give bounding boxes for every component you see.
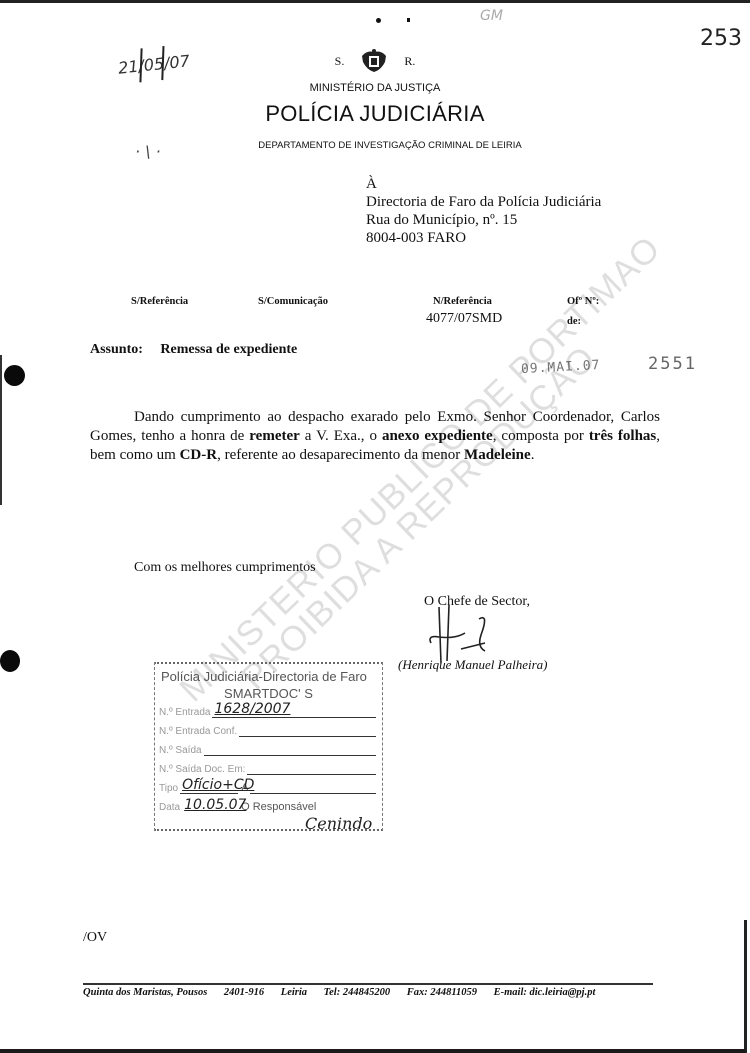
registry-saida-field [204,743,376,756]
recipient-line2: Rua do Município, nº. 15 [366,211,601,229]
punch-hole [0,650,20,672]
footer-email: E-mail: dic.leiria@pj.pt [494,987,596,998]
subject-line: Assunto: Remessa de expediente [90,342,297,358]
registry-data-row: Data 10.05.07 O Responsável [159,797,376,813]
body-paragraph: Dando cumprimento ao despacho exarado pe… [90,408,660,465]
registry-entrada-value: 1628/2007 [214,701,290,717]
typist-initials: /OV [83,930,107,946]
ministry-name: MINISTÉRIO DA JUSTIÇA [0,82,750,94]
footer-city: Leiria [281,987,307,998]
registry-entrada-conf-row: N.º Entrada Conf. [159,721,376,737]
registry-data-field: 10.05.07 [182,801,238,813]
recipient-address: À Directoria de Faro da Polícia Judiciár… [366,175,601,247]
registry-entrada-label: N.º Entrada [159,707,210,718]
crest-label-right: R. [404,54,415,69]
registry-data-label: Data [159,802,180,813]
registry-responsavel-label: O Responsável [241,801,316,813]
registry-entrada-conf-field [239,724,376,737]
scan-edge-left [0,355,2,505]
s-comunicacao-label: S/Comunicação [258,296,328,307]
n-referencia-value: 4077/07SMD [426,311,502,327]
registry-data-value: 10.05.07 [184,797,246,813]
subject-label: Assunto: [90,342,143,357]
registry-tipo-value: Ofício+CD [182,777,254,793]
body-bold-cdr: CD-R [180,447,218,463]
registry-a-field [250,781,376,794]
footer-phone: Tel: 244845200 [324,987,390,998]
registry-tipo-field: Ofício+CD [180,781,238,794]
registry-saida-doc-row: N.º Saída Doc. Em: [159,759,376,775]
signer-name: (Henrique Manuel Palheira) [398,657,547,673]
subject-value: Remessa de expediente [160,342,297,357]
registry-tipo-label: Tipo [159,783,178,794]
registry-saida-row: N.º Saída [159,740,376,756]
registry-saida-label: N.º Saída [159,745,202,756]
footer-postal-code: 2401-916 [224,987,264,998]
registry-stamp: Polícia Judiciária-Directoria de Faro SM… [154,662,383,831]
scan-speck [407,18,410,22]
received-stamp-number: 2551 [648,354,697,374]
registry-saida-doc-field [247,762,376,775]
s-referencia-label: S/Referência [131,296,188,307]
portuguese-coat-of-arms-icon [359,48,389,74]
punch-hole [4,365,25,386]
body-text-segment: a V. Exa., o [300,428,382,444]
footer-fax: Fax: 244811059 [407,987,477,998]
recipient-salutation: À [366,175,601,193]
department-name: DEPARTAMENTO DE INVESTIGAÇÃO CRIMINAL DE… [0,140,750,151]
registry-saida-doc-label: N.º Saída Doc. Em: [159,764,245,775]
registry-tipo-row: Tipo Ofício+CD A [159,778,376,794]
footer-contact: Quinta dos Maristas, Pousos 2401-916 Lei… [83,987,609,998]
watermark-line2: PROIBIDA A REPRODUÇÃO [234,338,604,698]
closing-greeting: Com os melhores cumprimentos [134,560,316,576]
body-bold-remeter: remeter [249,428,300,444]
scan-edge-bottom [0,1049,745,1053]
watermark-line1: MINISTERIO PUBLICO DE PORTIMAO [172,229,669,710]
letterhead-crest-row: S. R. [0,48,750,74]
crest-label-left: S. [335,54,345,69]
registry-entrada-row: N.º Entrada 1628/2007 [159,702,376,718]
footer-divider [83,983,653,985]
organization-name: POLÍCIA JUDICIÁRIA [0,101,750,127]
scan-speck [376,18,381,23]
scan-edge-top [0,0,750,3]
registry-stamp-subtitle: SMARTDOC' S [155,686,382,701]
handwritten-faint-note: GM [480,8,503,24]
registry-entrada-conf-label: N.º Entrada Conf. [159,726,237,737]
handwritten-signature [425,605,505,665]
scan-edge-right [744,920,747,1053]
body-bold-folhas: três folhas [589,428,656,444]
n-referencia-label: N/Referência [433,296,492,307]
body-text-segment: . [531,447,535,463]
registry-entrada-field: 1628/2007 [212,705,376,718]
recipient-line3: 8004-003 FARO [366,229,601,247]
registry-stamp-title: Polícia Judiciária-Directoria de Faro [161,669,367,684]
footer-address: Quinta dos Maristas, Pousos [83,987,207,998]
registry-responsavel-signature: Cenindo [305,814,372,833]
recipient-line1: Directoria de Faro da Polícia Judiciária [366,193,601,211]
